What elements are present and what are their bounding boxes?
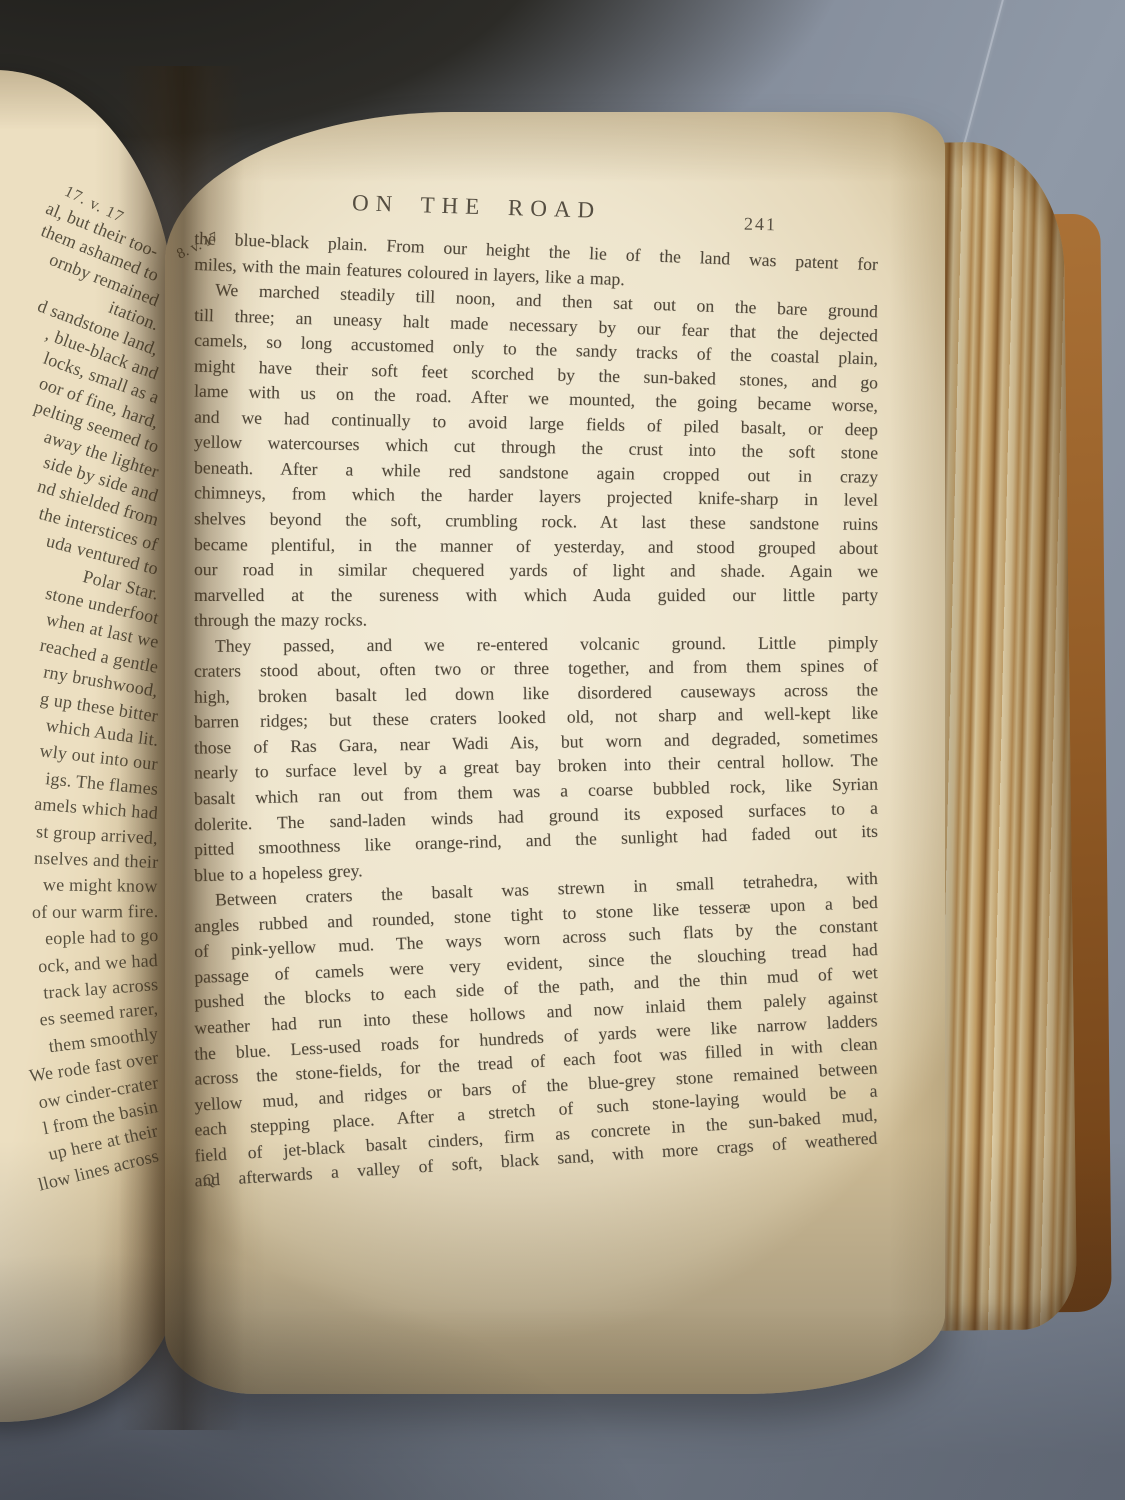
book-photo: al, but their too-them ashamed toornby r… (0, 0, 1125, 1500)
background-shadow-bottom (0, 0, 1125, 1500)
